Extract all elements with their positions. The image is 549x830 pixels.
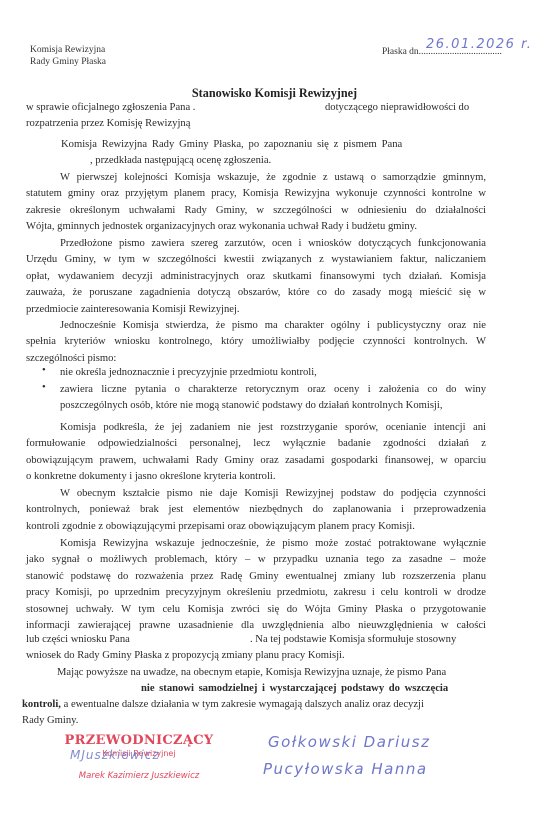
p1-line-2: , przedkłada następującą ocenę zgłoszeni…	[90, 155, 271, 166]
stamp-name: Marek Kazimierz Juszkiewicz	[64, 771, 214, 781]
p5-line: Komisja podkreśla, że jej zadaniem nie j…	[26, 420, 486, 436]
p8-line-1: Mając powyższe na uwadze, na obecnym eta…	[57, 667, 446, 678]
p8-line-3: kontroli, a ewentualne dalsze działania …	[22, 699, 424, 710]
p6-line: W obecnym kształcie pismo nie daje Komis…	[26, 486, 486, 502]
p2-line: statutem gminy oraz przyjętym planem pra…	[26, 186, 486, 202]
p6-line: kontroli zgodnie z obowiązującymi przepi…	[26, 519, 486, 535]
p2-line: W pierwszej kolejności Komisja wskazuje,…	[26, 170, 486, 186]
p5-line: formułowanie odpowiedzialności personaln…	[26, 436, 486, 452]
chairman-signature: MJuszkiewicz	[70, 748, 160, 762]
subject-line-1-right: dotyczącego nieprawidłowości do	[325, 102, 469, 113]
bullet-2-line: poszczególnych osób, które nie mogą stan…	[60, 398, 486, 414]
p4-line: Jednocześnie Komisja stwierdza, że pismo…	[26, 318, 486, 334]
subject-line-2: rozpatrzenia przez Komisję Rewizyjną	[26, 118, 190, 129]
sender-line-2: Rady Gminy Płaska	[30, 56, 106, 68]
p7-line: informacji zawierającej prawne uzasadnie…	[26, 618, 486, 634]
p5-line: obowiązującym prawem, uchwałami Rady Gmi…	[26, 453, 486, 469]
bullet-1-line: nie określa jednoznacznie i precyzyjnie …	[60, 365, 486, 381]
p3-line: opłat, wydawaniem decyzji administracyjn…	[26, 269, 486, 285]
p3-line: Przedłożone pismo zawiera szereg zarzutó…	[26, 236, 486, 252]
document-page: Komisja Rewizyjna Rady Gminy Płaska Płas…	[0, 0, 549, 830]
p2-line: Wójta, gminnych jednostek organizacyjnyc…	[26, 219, 486, 235]
p7-line: stanowić podstawę do rozważenia przez Ra…	[26, 569, 486, 585]
bullet-item-2: zawiera liczne pytania o charakterze ret…	[60, 382, 486, 415]
p3-line: przedmiocie zainteresowania Komisji Rewi…	[26, 302, 486, 318]
stamp-title: PRZEWODNICZĄCY	[64, 733, 214, 748]
p3-line: zauważa, że poruszane zagadnienia dotycz…	[26, 285, 486, 301]
bullet-icon: •	[42, 365, 46, 376]
p7-line-7-left: lub części wniosku Pana	[26, 634, 130, 645]
member-signature-2: Pucyłowska Hanna	[263, 760, 428, 778]
p7-line: jako sygnał o możliwych problemach, któr…	[26, 552, 486, 568]
p7-line: Komisja Rewizyjna wskazuje jednocześnie,…	[26, 536, 486, 552]
paragraph-3: Przedłożone pismo zawiera szereg zarzutó…	[26, 236, 486, 318]
p8-line-4: Rady Gminy.	[22, 715, 78, 726]
p1-line-1: Komisja Rewizyjna Rady Gminy Płaska, po …	[61, 139, 402, 150]
p7-line: pracy Komisji, po uprzednim precyzyjnym …	[26, 585, 486, 601]
p6-line: kontrolnych, ponieważ brak jest elementó…	[26, 502, 486, 518]
handwritten-date: 26.01.2026 r.	[426, 37, 532, 52]
sender-line-1: Komisja Rewizyjna	[30, 44, 106, 56]
paragraph-6: W obecnym kształcie pismo nie daje Komis…	[26, 486, 486, 535]
p2-line: zakresie określonym uchwałami Rady Gminy…	[26, 203, 486, 219]
paragraph-7: Komisja Rewizyjna wskazuje jednocześnie,…	[26, 536, 486, 634]
p8-line-3-rest: a ewentualne dalsze działania w tym zakr…	[61, 699, 424, 710]
sender-block: Komisja Rewizyjna Rady Gminy Płaska	[30, 44, 106, 68]
p7-line: stosownej uchwały. W tym celu Komisja zw…	[26, 602, 486, 618]
paragraph-4: Jednocześnie Komisja stwierdza, że pismo…	[26, 318, 486, 367]
p7-line-7-right: . Na tej podstawie Komisja sformułuje st…	[250, 634, 456, 645]
p8-line-3-bold: kontroli,	[22, 699, 61, 710]
p8-line-2: nie stanowi samodzielnej i wystarczające…	[141, 683, 448, 694]
subject-line-1-left: w sprawie oficjalnego zgłoszenia Pana .	[26, 102, 195, 113]
place-label: Płaska dn.	[382, 47, 421, 57]
bullet-2-line: zawiera liczne pytania o charakterze ret…	[60, 382, 486, 398]
p5-line: o konkretne dokumenty i jasno określone …	[26, 469, 486, 485]
p3-line: Urzędu Gminy, w tym w szczególności kwes…	[26, 252, 486, 268]
bullet-icon: •	[42, 382, 46, 393]
member-signature-1: Gołkowski Dariusz	[268, 733, 430, 751]
paragraph-5: Komisja podkreśla, że jej zadaniem nie j…	[26, 420, 486, 486]
bullet-item-1: nie określa jednoznacznie i precyzyjnie …	[60, 365, 486, 381]
p7-line-8: wniosek do Rady Gminy Płaska z propozycj…	[26, 650, 345, 661]
paragraph-2: W pierwszej kolejności Komisja wskazuje,…	[26, 170, 486, 236]
document-title: Stanowisko Komisji Rewizyjnej	[0, 86, 549, 101]
p4-line: spełnia kryteriów wniosku kontrolnego, k…	[26, 334, 486, 350]
